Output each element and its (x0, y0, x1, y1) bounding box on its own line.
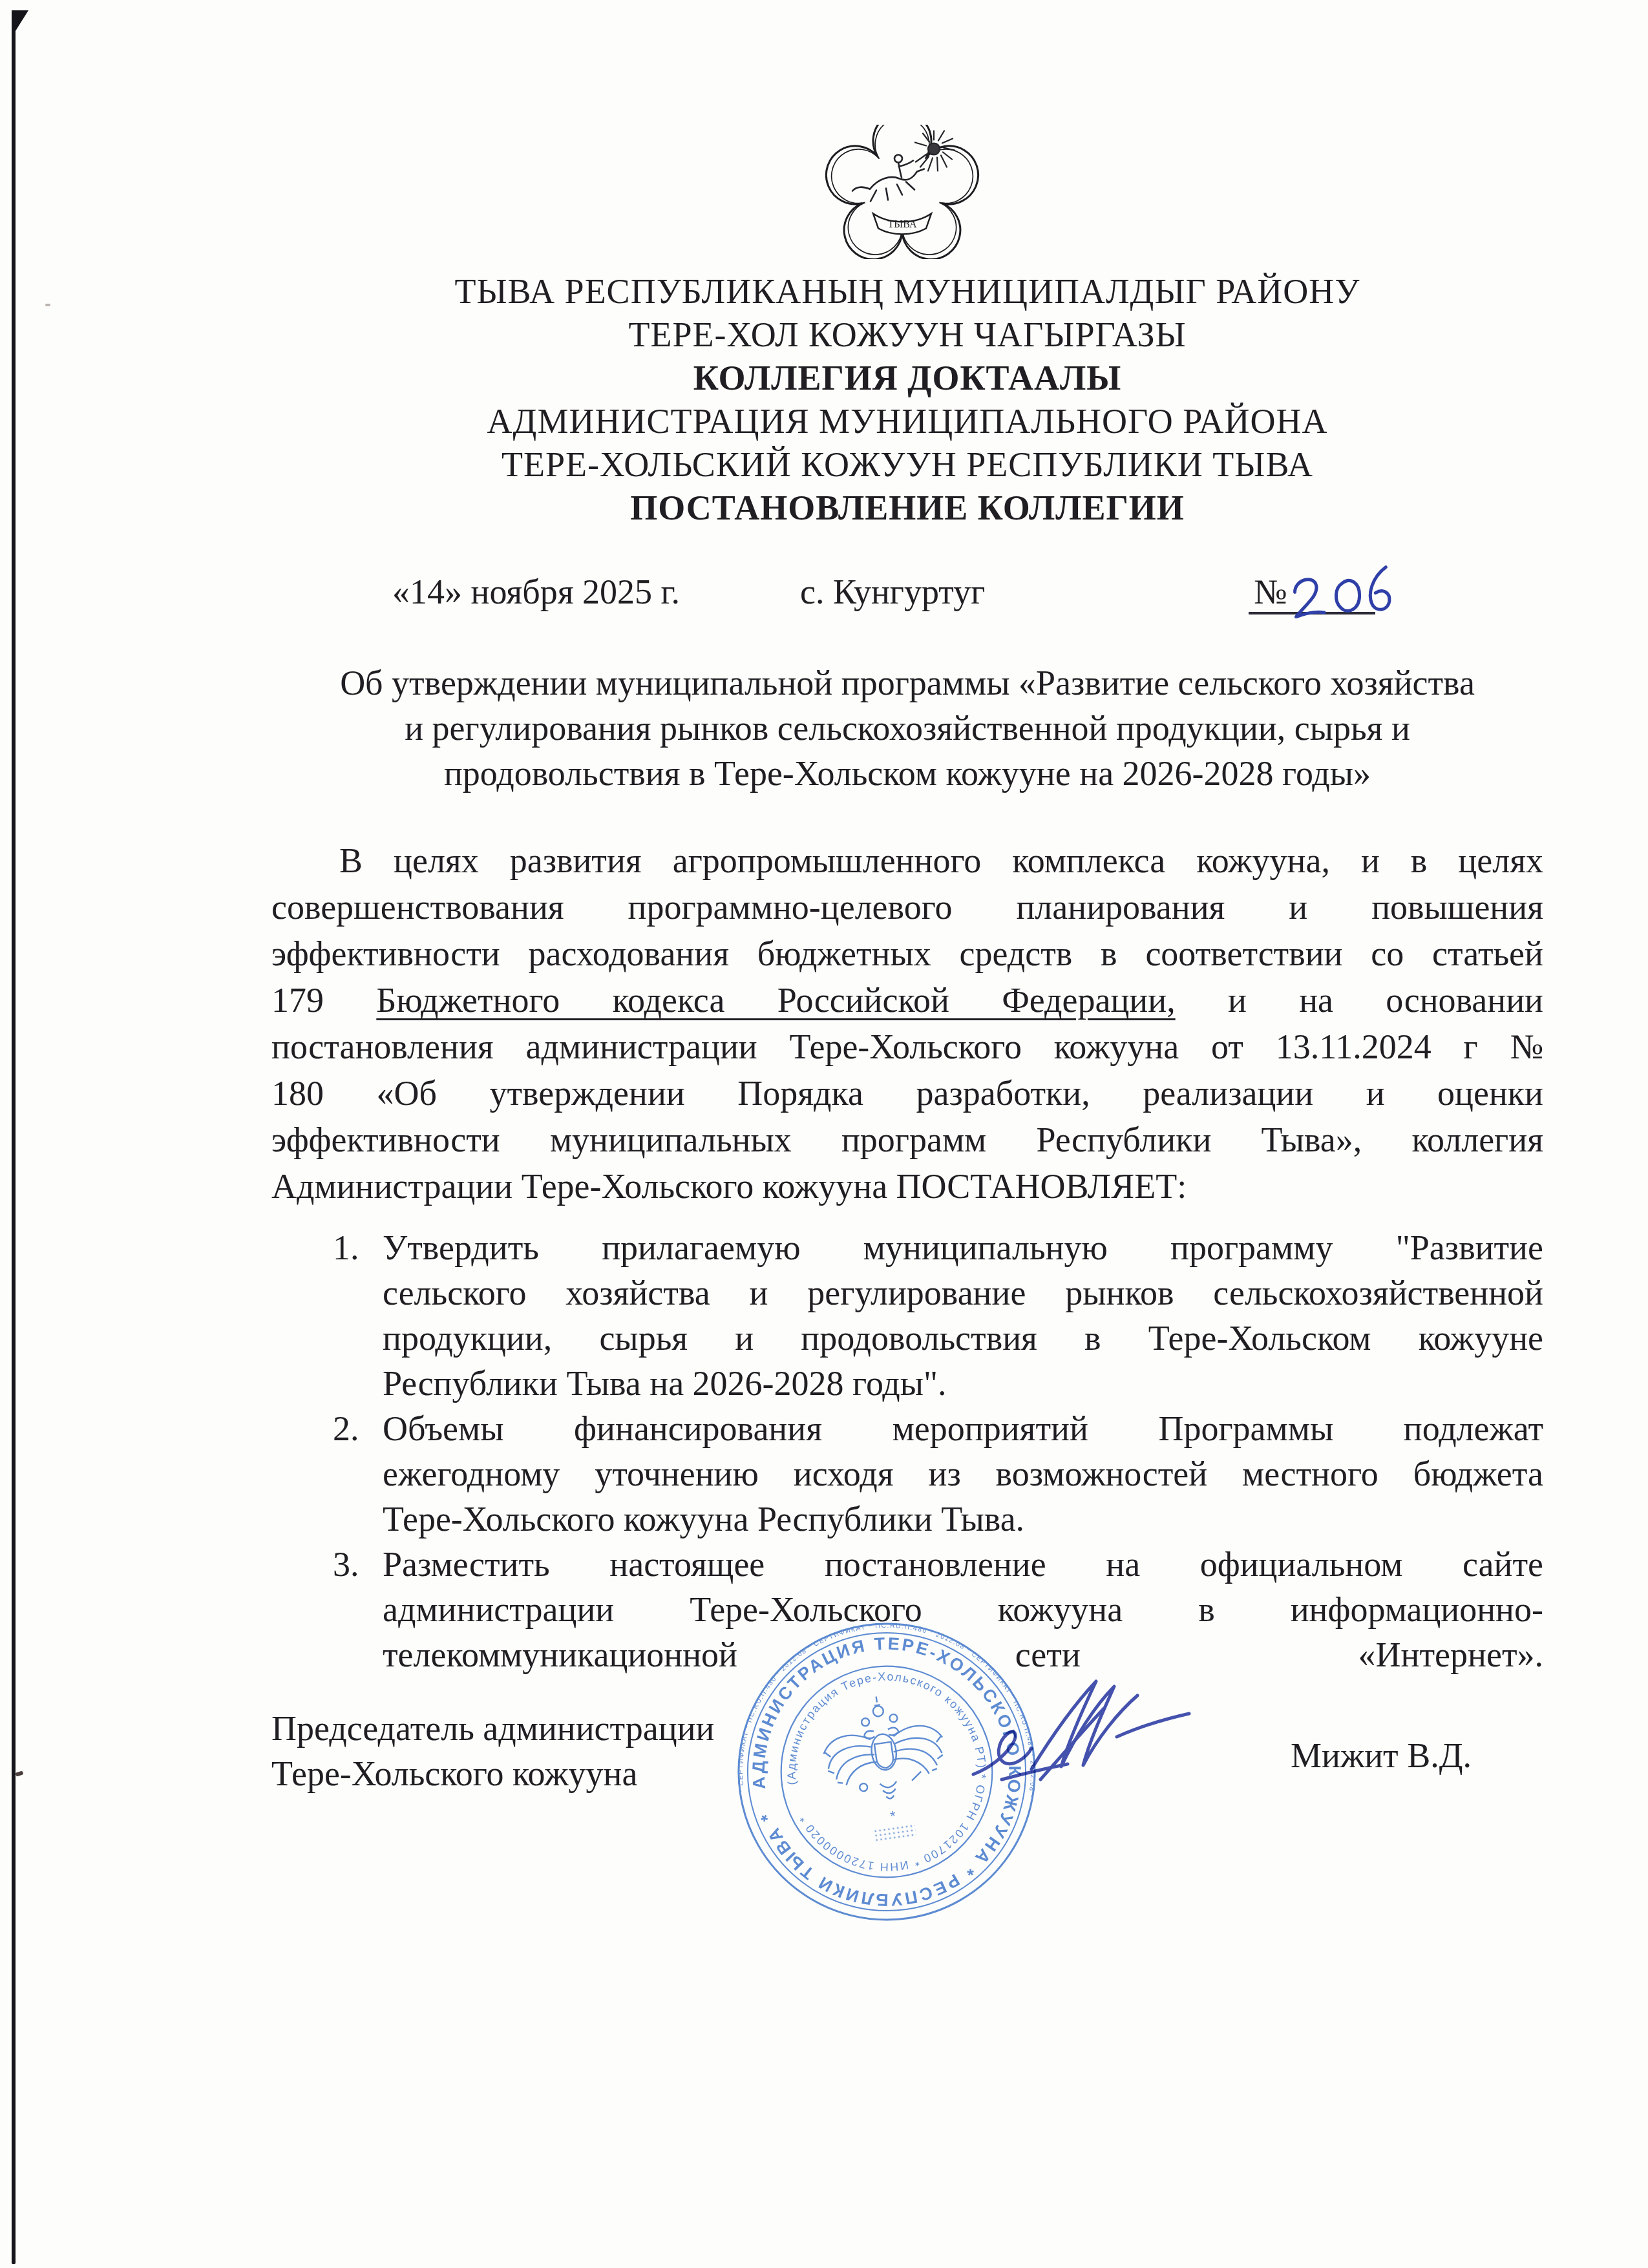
list-item-line: Разместить настоящее постановление на оф… (383, 1542, 1543, 1587)
double-headed-eagle-icon (817, 1688, 950, 1807)
list-item-number: 3. (333, 1542, 359, 1587)
list-item: 1. Утвердить прилагаемую муниципальную п… (271, 1225, 1543, 1406)
list-item-line: сельского хозяйства и регулирование рынк… (383, 1270, 1543, 1316)
list-item-line: Объемы финансирования мероприятий Програ… (383, 1406, 1543, 1451)
letterhead-line: ТЕРЕ-ХОЛ КОЖУУН ЧАГЫРГАЗЫ (271, 313, 1543, 357)
document-place: с. Кунгуртуг (800, 572, 985, 612)
letterhead: ТЫВА РЕСПУБЛИКАНЫҢ МУНИЦИПАЛДЫГ РАЙОНУ Т… (271, 270, 1543, 530)
list-item-number: 1. (333, 1225, 359, 1270)
scan-speck-artifact (45, 304, 50, 306)
preamble-line: 180 «Об утверждении Порядка разработки, … (271, 1070, 1543, 1117)
preamble-line: эффективности расходования бюджетных сре… (271, 930, 1543, 977)
scan-corner-artifact (12, 10, 28, 32)
ribbon-banner: ТЫВА (873, 214, 931, 235)
letterhead-line: АДМИНИСТРАЦИЯ МУНИЦИПАЛЬНОГО РАЙОНА (271, 400, 1543, 443)
resolves-line: Администрации Тере-Хольского кожууна ПОС… (271, 1163, 1543, 1210)
list-item-line: Республики Тыва на 2026-2028 годы". (383, 1361, 1543, 1406)
letterhead-line: ТЕРЕ-ХОЛЬСКИЙ КОЖУУН РЕСПУБЛИКИ ТЫВА (271, 443, 1543, 487)
list-item-line: Тере-Хольского кожууна Республики Тыва. (383, 1496, 1543, 1542)
list-item-number: 2. (333, 1406, 359, 1451)
list-item-line: ежегодному уточнению исходя из возможнос… (383, 1451, 1543, 1496)
resolution-list: 1. Утвердить прилагаемую муниципальную п… (271, 1225, 1543, 1677)
subject-title-line: продовольствия в Тере-Хольском кожууне н… (271, 751, 1543, 796)
preamble-text: и на основании (1176, 981, 1543, 1020)
scan-edge-artifact (12, 17, 16, 2264)
preamble-line: постановления администрации Тере-Хольско… (271, 1024, 1543, 1070)
statute-number: 179 (271, 981, 376, 1020)
underlined-law-reference: Бюджетного кодекса Российской Федерации, (376, 981, 1175, 1020)
list-item: 2. Объемы финансирования мероприятий Про… (271, 1406, 1543, 1542)
subject-title: Об утверждении муниципальной программы «… (271, 660, 1543, 796)
preamble-line: эффективности муниципальных программ Рес… (271, 1117, 1543, 1163)
preamble-line: совершенствования программно-целевого пл… (271, 884, 1543, 930)
list-item-line: продукции, сырья и продовольствия в Тере… (383, 1316, 1543, 1361)
preamble-paragraph: В целях развития агропромышленного компл… (271, 837, 1543, 1210)
subject-title-line: Об утверждении муниципальной программы «… (271, 660, 1543, 706)
document-date: «14» ноября 2025 г. (392, 572, 680, 612)
stamp-halftone-box (874, 1823, 916, 1843)
stamp-center-mark: * (889, 1807, 897, 1824)
ribbon-label: ТЫВА (888, 219, 917, 230)
handwritten-signature (964, 1659, 1203, 1808)
scan-speck-artifact (15, 1770, 23, 1776)
tuva-coat-of-arms-icon: ТЫВА (821, 125, 983, 259)
handwritten-document-number: 206 (1277, 554, 1406, 631)
letterhead-line: КОЛЛЕГИЯ ДОКТААЛЫ (271, 357, 1543, 400)
date-place-number-row: «14» ноября 2025 г. с. Кунгуртуг № 206 (271, 572, 1543, 630)
list-item-line: Утвердить прилагаемую муниципальную прог… (383, 1225, 1543, 1270)
preamble-line: В целях развития агропромышленного компл… (271, 837, 1543, 884)
horseman-icon (852, 155, 924, 202)
scanned-decree-page: ТЫВА ТЫВА РЕСПУБЛИКАНЫҢ МУНИЦИПАЛДЫГ РАЙ… (0, 0, 1648, 2268)
letterhead-line: ТЫВА РЕСПУБЛИКАНЫҢ МУНИЦИПАЛДЫГ РАЙОНУ (271, 270, 1543, 313)
subject-title-line: и регулирования рынков сельскохозяйствен… (271, 706, 1543, 751)
preamble-line: 179 Бюджетного кодекса Российской Федера… (271, 977, 1543, 1024)
document-type-title: ПОСТАНОВЛЕНИЕ КОЛЛЕГИИ (271, 487, 1543, 530)
sun-icon (915, 131, 955, 171)
signer-name: Мижит В.Д. (1291, 1733, 1472, 1778)
